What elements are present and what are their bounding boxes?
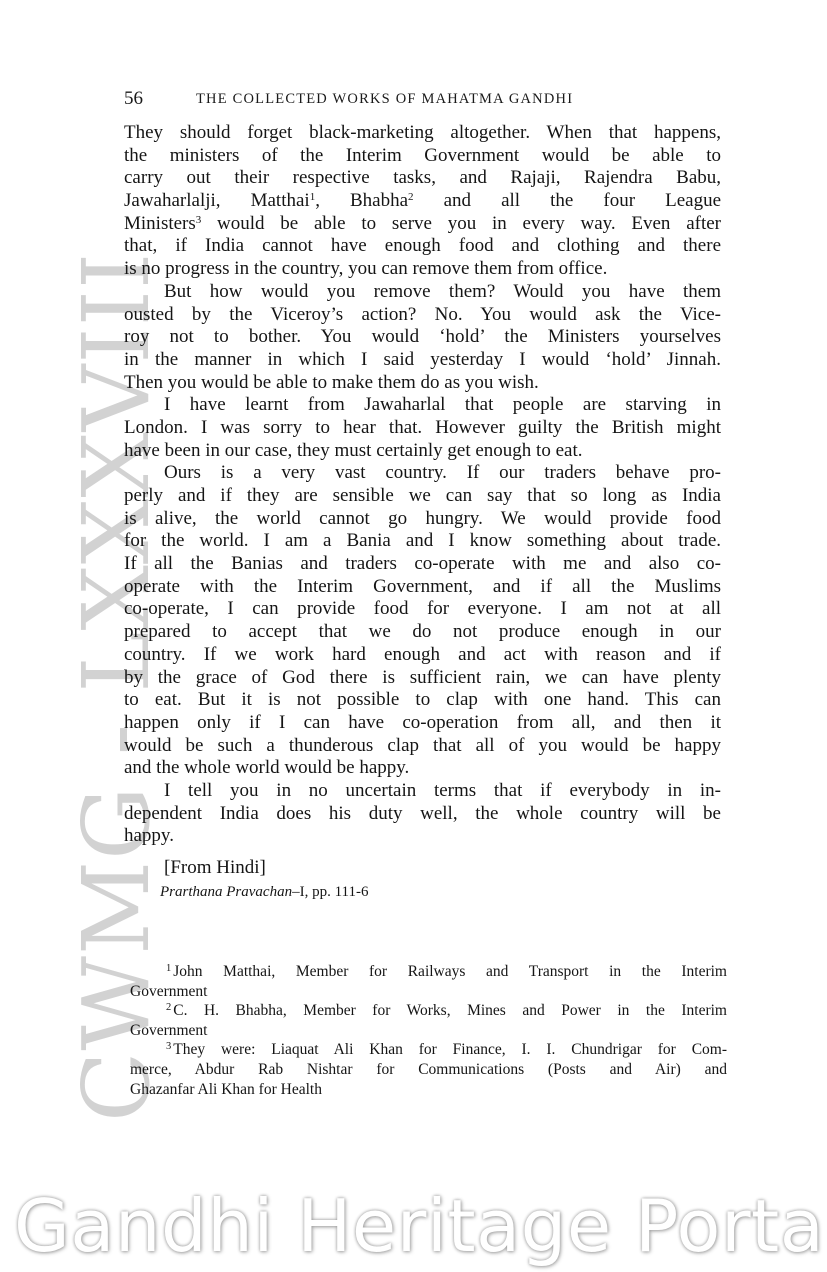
text-line: country. If we work hard enough and act …: [124, 644, 721, 667]
text-run: would be able to serve you in every way.…: [201, 213, 721, 234]
text-line: in the manner in which I said yesterday …: [124, 349, 721, 372]
footnote-line: Ghazanfar Ali Khan for Health: [130, 1080, 727, 1100]
text-line: happen only if I can have co-operation f…: [124, 712, 721, 735]
footnote-text: Government: [130, 983, 207, 1000]
text-run: I have learnt from Jawaharlal that peopl…: [164, 394, 721, 415]
source-pages: –I, pp. 111-6: [292, 884, 368, 900]
footnote-line: merce, Abdur Rab Nishtar for Communicati…: [130, 1060, 727, 1080]
text-run: that, if India cannot have enough food a…: [124, 235, 721, 256]
footnote-mark: 2: [166, 1002, 171, 1013]
text-run: country. If we work hard enough and act …: [124, 644, 721, 665]
text-line: roy not to bother. You would ‘hold’ the …: [124, 326, 721, 349]
text-run: happy.: [124, 825, 174, 846]
text-line: that, if India cannot have enough food a…: [124, 235, 721, 258]
text-run: happen only if I can have co-operation f…: [124, 712, 721, 733]
body-text: They should forget black-marketing altog…: [124, 122, 721, 848]
text-line: They should forget black-marketing altog…: [124, 122, 721, 145]
text-line: to eat. But it is not possible to clap w…: [124, 689, 721, 712]
text-line: and the whole world would be happy.: [124, 757, 721, 780]
footnote-line: Government: [130, 982, 727, 1002]
text-line: dependent India does his duty well, the …: [124, 803, 721, 826]
text-line: the ministers of the Interim Government …: [124, 145, 721, 168]
text-line: co-operate, I can provide food for every…: [124, 598, 721, 621]
text-line: happy.: [124, 825, 721, 848]
text-run: perly and if they are sensible we can sa…: [124, 485, 721, 506]
text-run: and all the four League: [414, 190, 721, 211]
text-run: is alive, the world cannot go hungry. We…: [124, 508, 721, 529]
text-run: is no progress in the country, you can r…: [124, 258, 607, 279]
text-line: is alive, the world cannot go hungry. We…: [124, 508, 721, 531]
text-line: is no progress in the country, you can r…: [124, 258, 721, 281]
text-run: dependent India does his duty well, the …: [124, 803, 721, 824]
footnote-line: 1John Matthai, Member for Railways and T…: [130, 962, 727, 982]
text-run: They should forget black-marketing altog…: [124, 122, 721, 143]
text-line: operate with the Interim Government, and…: [124, 576, 721, 599]
bottom-watermark: Gandhi Heritage Portal: [14, 1184, 827, 1268]
text-line: I have learnt from Jawaharlal that peopl…: [124, 394, 721, 417]
text-run: would be such a thunderous clap that all…: [124, 735, 721, 756]
source-reference: Prarthana Pravachan–I, pp. 111-6: [160, 880, 368, 904]
text-line: Jawaharlalji, Matthai1, Bhabha2 and all …: [124, 190, 721, 213]
text-run: , Bhabha: [315, 190, 408, 211]
text-line: would be such a thunderous clap that all…: [124, 735, 721, 758]
text-run: in the manner in which I said yesterday …: [124, 349, 721, 370]
text-run: co-operate, I can provide food for every…: [124, 598, 721, 619]
footnote-text: Government: [130, 1022, 207, 1039]
source-title: Prarthana Pravachan: [160, 884, 292, 900]
footnote-line: 3They were: Liaquat Ali Khan for Finance…: [130, 1040, 727, 1060]
text-run: for the world. I am a Bania and I know s…: [124, 530, 721, 551]
text-run: carry out their respective tasks, and Ra…: [124, 167, 721, 188]
footnote-mark: 3: [166, 1041, 171, 1052]
footnote-line: 2C. H. Bhabha, Member for Works, Mines a…: [130, 1001, 727, 1021]
text-run: If all the Banias and traders co-operate…: [124, 553, 721, 574]
footnote-text: C. H. Bhabha, Member for Works, Mines an…: [173, 1002, 727, 1019]
footnote-text: John Matthai, Member for Railways and Tr…: [173, 963, 727, 980]
source-language: [From Hindi]: [164, 856, 368, 880]
text-line: for the world. I am a Bania and I know s…: [124, 530, 721, 553]
text-line: Then you would be able to make them do a…: [124, 372, 721, 395]
footnote-text: merce, Abdur Rab Nishtar for Communicati…: [130, 1061, 727, 1078]
footnote-text: They were: Liaquat Ali Khan for Finance,…: [173, 1041, 727, 1058]
source-citation: [From Hindi] Prarthana Pravachan–I, pp. …: [164, 856, 368, 904]
text-line: ousted by the Viceroy’s action? No. You …: [124, 304, 721, 327]
footnotes: 1John Matthai, Member for Railways and T…: [130, 962, 727, 1099]
text-line: London. I was sorry to hear that. Howeve…: [124, 417, 721, 440]
text-run: operate with the Interim Government, and…: [124, 576, 721, 597]
text-run: have been in our case, they must certain…: [124, 440, 582, 461]
text-run: I tell you in no uncertain terms that if…: [164, 780, 721, 801]
text-run: Ours is a very vast country. If our trad…: [164, 462, 721, 483]
text-run: But how would you remove them? Would you…: [164, 281, 721, 302]
text-line: carry out their respective tasks, and Ra…: [124, 167, 721, 190]
text-run: and the whole world would be happy.: [124, 757, 409, 778]
text-run: the ministers of the Interim Government …: [124, 145, 721, 166]
text-line: by the grace of God there is sufficient …: [124, 667, 721, 690]
footnote-line: Government: [130, 1021, 727, 1041]
text-line: have been in our case, they must certain…: [124, 440, 721, 463]
page-number: 56: [124, 88, 143, 110]
running-head: 56 THE COLLECTED WORKS OF MAHATMA GANDHI: [124, 88, 724, 112]
text-line: If all the Banias and traders co-operate…: [124, 553, 721, 576]
footnote-text: Ghazanfar Ali Khan for Health: [130, 1081, 322, 1098]
text-line: But how would you remove them? Would you…: [124, 281, 721, 304]
text-line: Ours is a very vast country. If our trad…: [124, 462, 721, 485]
footnote-mark: 1: [166, 963, 171, 974]
text-run: Then you would be able to make them do a…: [124, 372, 539, 393]
text-run: Jawaharlalji, Matthai: [124, 190, 310, 211]
text-run: to eat. But it is not possible to clap w…: [124, 689, 721, 710]
text-line: prepared to accept that we do not produc…: [124, 621, 721, 644]
text-run: roy not to bother. You would ‘hold’ the …: [124, 326, 721, 347]
text-run: by the grace of God there is sufficient …: [124, 667, 721, 688]
document-page: CWMG - LXXXVIII 56 THE COLLECTED WORKS O…: [0, 0, 827, 1272]
text-line: Ministers3 would be able to serve you in…: [124, 213, 721, 236]
text-line: I tell you in no uncertain terms that if…: [124, 780, 721, 803]
book-title: THE COLLECTED WORKS OF MAHATMA GANDHI: [196, 91, 573, 108]
text-run: prepared to accept that we do not produc…: [124, 621, 721, 642]
text-run: Ministers: [124, 213, 196, 234]
text-run: London. I was sorry to hear that. Howeve…: [124, 417, 721, 438]
text-line: perly and if they are sensible we can sa…: [124, 485, 721, 508]
text-run: ousted by the Viceroy’s action? No. You …: [124, 304, 721, 325]
